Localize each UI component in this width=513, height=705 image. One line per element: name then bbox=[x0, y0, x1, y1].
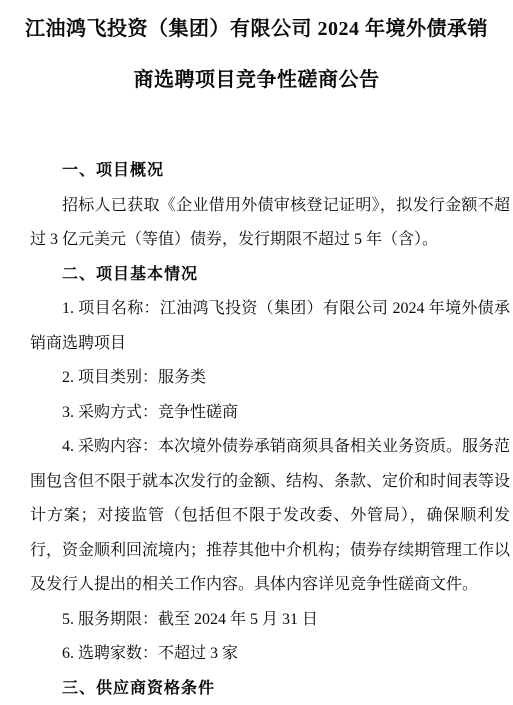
paragraph-project-overview: 招标人已获取《企业借用外债审核登记证明》，拟发行金额不超过 3 亿元美元（等值）… bbox=[30, 189, 510, 258]
paragraph-item-service-period: 5. 服务期限：截至 2024 年 5 月 31 日 bbox=[30, 603, 510, 638]
paragraph-item-procurement-content: 4. 采购内容：本次境外债券承销商须具备相关业务资质。服务范围包含但不限于就本次… bbox=[30, 430, 510, 603]
paragraph-item-project-name: 1. 项目名称：江油鸿飞投资（集团）有限公司 2024 年境外债承销商选聘项目 bbox=[30, 292, 510, 361]
document-page: 江油鸿飞投资（集团）有限公司 2024 年境外债承销 商选聘项目竞争性磋商公告 … bbox=[0, 0, 513, 705]
document-title: 江油鸿飞投资（集团）有限公司 2024 年境外债承销 商选聘项目竞争性磋商公告 bbox=[0, 0, 513, 106]
section-heading-project-overview: 一、项目概况 bbox=[30, 154, 510, 189]
paragraph-item-project-category: 2. 项目类别：服务类 bbox=[30, 361, 510, 396]
paragraph-item-number-selected: 6. 选聘家数：不超过 3 家 bbox=[30, 637, 510, 672]
document-body: 一、项目概况 招标人已获取《企业借用外债审核登记证明》，拟发行金额不超过 3 亿… bbox=[0, 154, 513, 705]
paragraph-item-procurement-method: 3. 采购方式：竞争性磋商 bbox=[30, 396, 510, 431]
section-heading-supplier-qualifications: 三、供应商资格条件 bbox=[30, 672, 510, 705]
section-heading-project-basics: 二、项目基本情况 bbox=[30, 258, 510, 293]
